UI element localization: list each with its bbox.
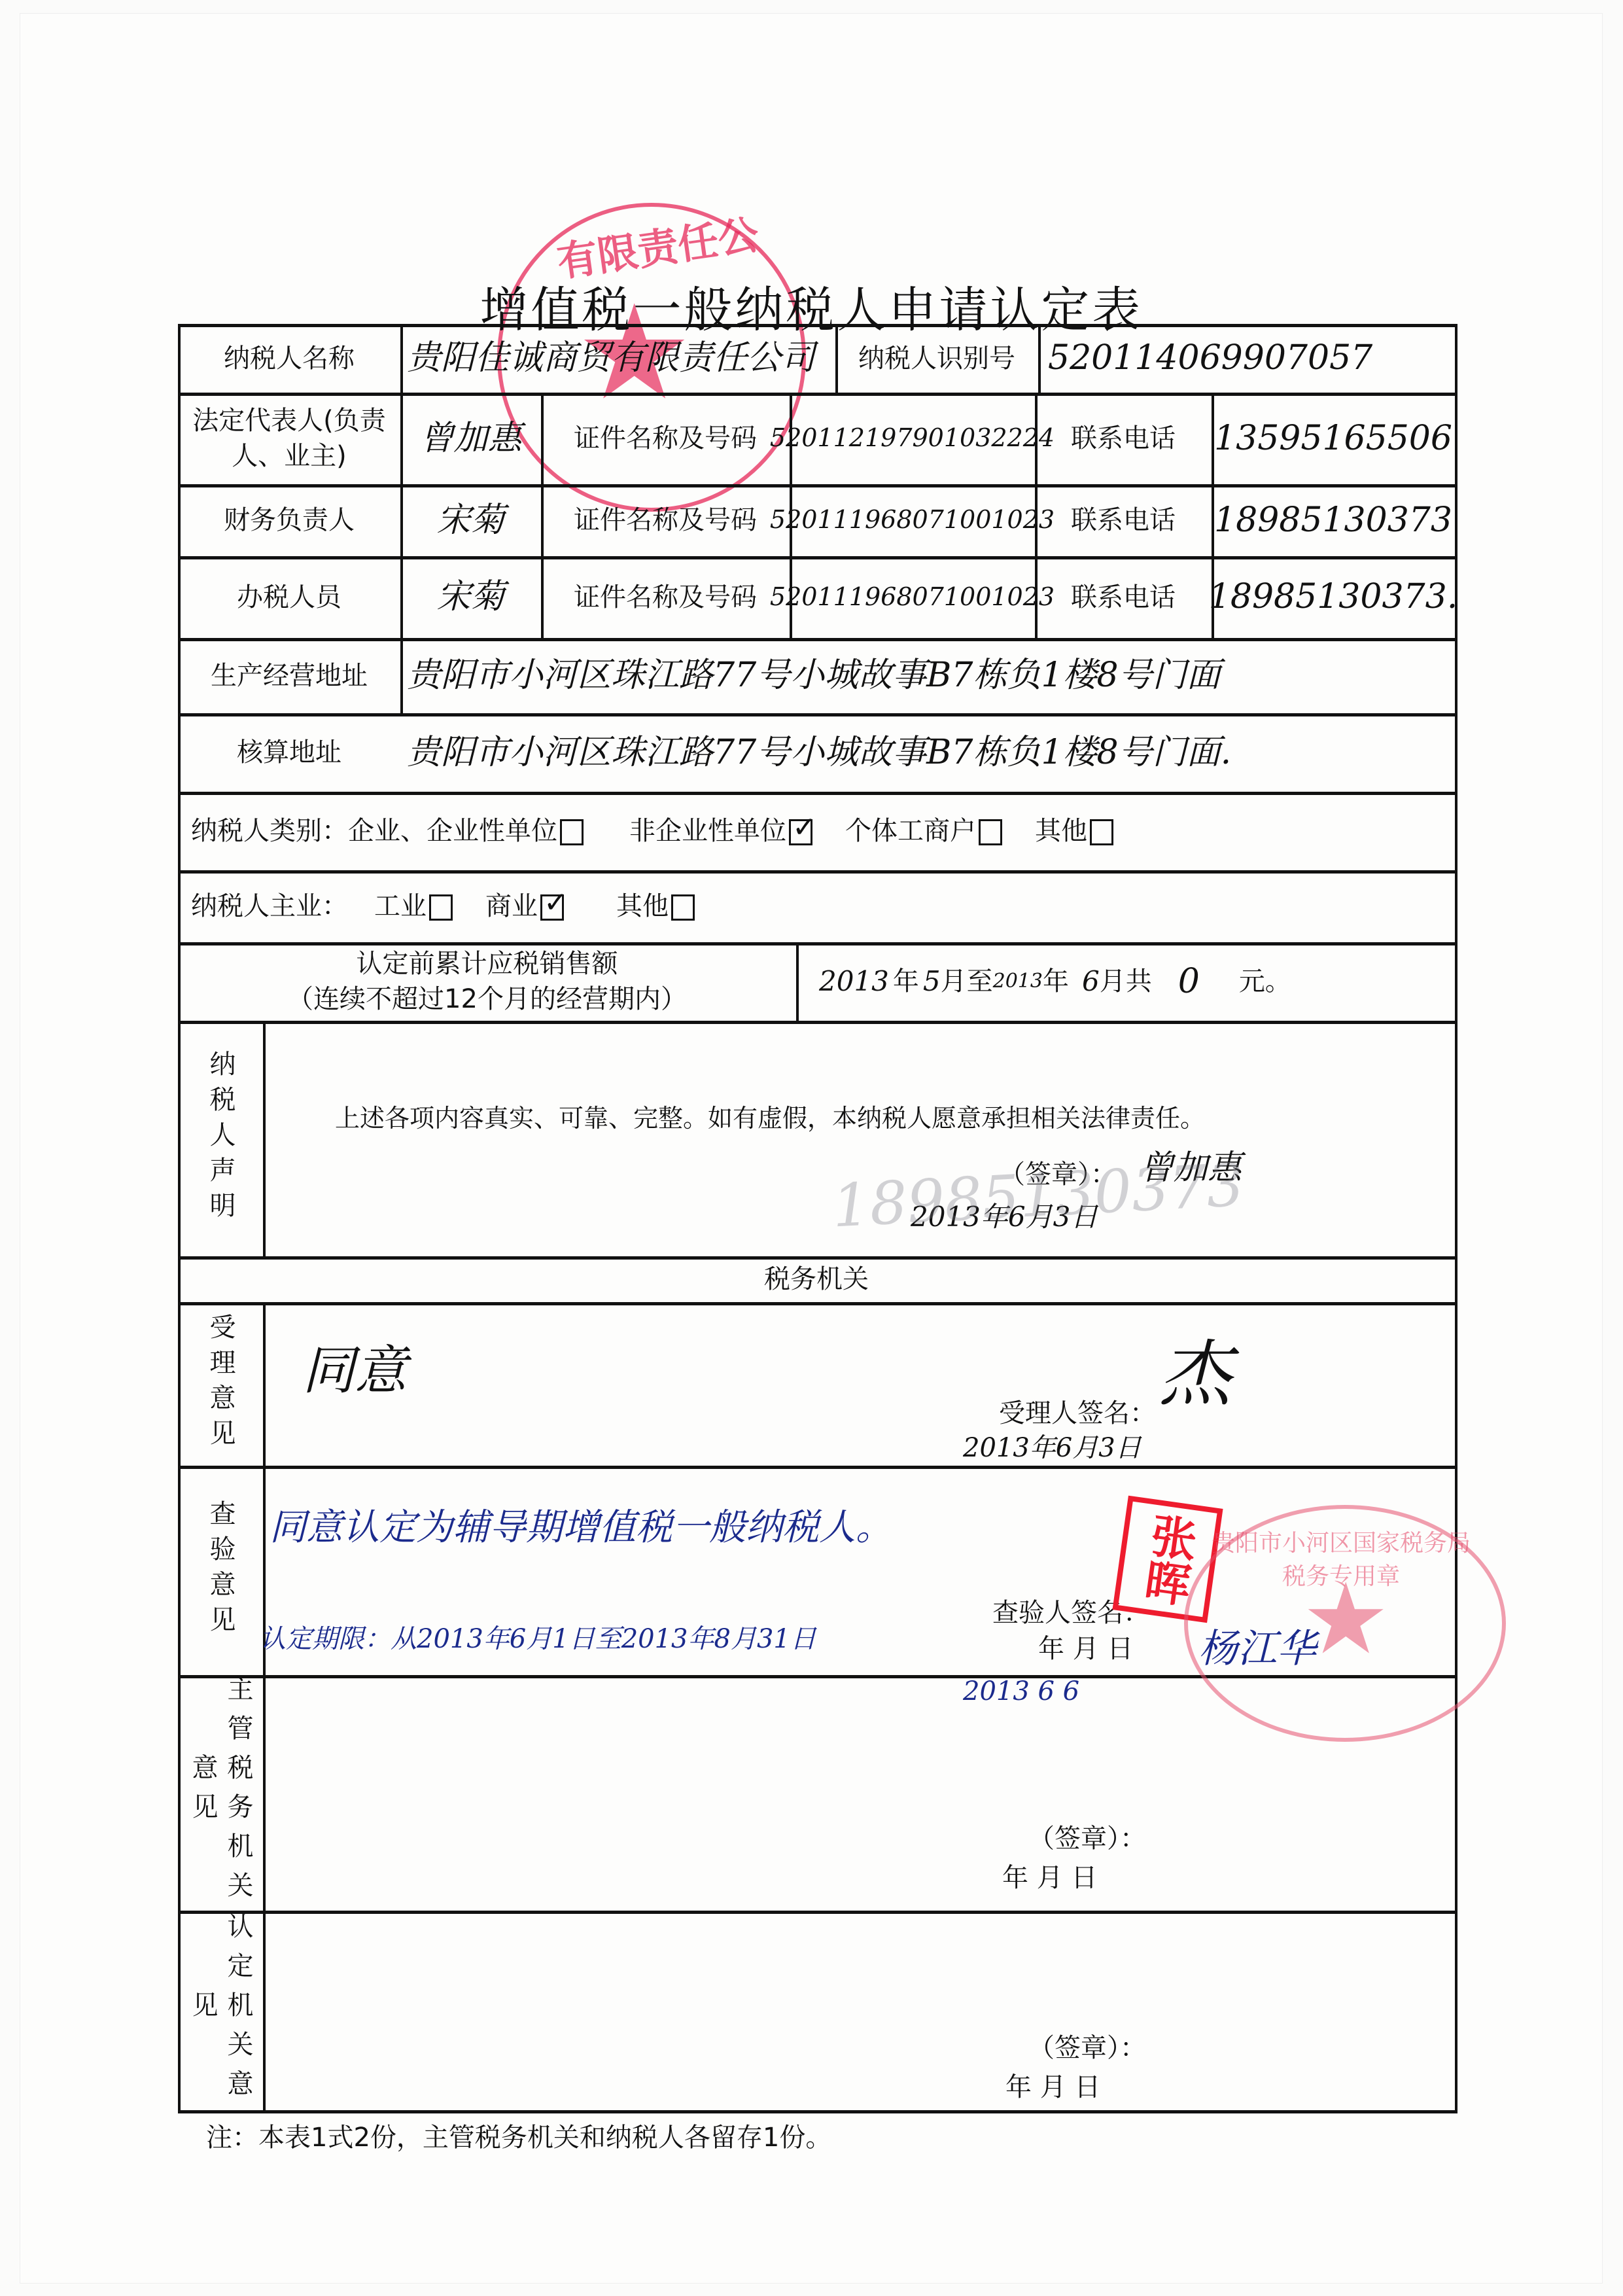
tax-staff-cert-label: 证件名称及号码 — [541, 556, 790, 638]
confirming-date-label: 年 月 日 — [1005, 2071, 1169, 2104]
business-option-other[interactable]: 其他 — [616, 889, 707, 924]
acceptance-sign-label: 受理人签名： — [999, 1397, 1169, 1430]
tax-staff-phone-field[interactable]: 18985130373. — [1212, 556, 1455, 638]
legal-rep-name-field[interactable]: 曾加惠 — [400, 393, 541, 484]
checkbox-icon[interactable] — [671, 894, 695, 921]
acceptance-label: 受理意见 — [178, 1302, 263, 1466]
taxpayer-id-label: 纳税人识别号 — [835, 324, 1038, 393]
main-business-label: 纳税人主业： — [191, 889, 348, 924]
accounting-address-field[interactable]: 贵阳市小河区珠江路77号小城故事B7栋负1楼8号门面. — [407, 713, 1454, 792]
inspection-opinion[interactable]: 同意认定为辅导期增值税一般纳税人。 — [270, 1495, 1120, 1561]
competent-authority-label: 主管税务机关意见 — [178, 1675, 263, 1911]
main-business-row: 纳税人主业： 工业 商业 其他 — [191, 870, 1447, 942]
finance-head-name-field[interactable]: 宋菊 — [400, 484, 541, 556]
confirming-sign-label: （签章）： — [1028, 2032, 1172, 2064]
legal-rep-phone-label: 联系电话 — [1035, 393, 1212, 484]
sales-label: 认定前累计应税销售额 （连续不超过12个月的经营期内） — [178, 942, 796, 1021]
business-option-industry[interactable]: 工业 — [374, 889, 485, 924]
acceptance-signature[interactable]: 杰 — [1159, 1332, 1290, 1417]
tax-authority-header: 税务机关 — [178, 1256, 1455, 1302]
sales-to-month[interactable]: 6 — [1082, 963, 1100, 1000]
business-option-commerce[interactable]: 商业 — [485, 889, 616, 924]
acceptance-opinion[interactable]: 同意 — [302, 1332, 564, 1410]
finance-head-label: 财务负责人 — [178, 484, 400, 556]
taxpayer-category-row: 纳税人类别： 企业、企业性单位 非企业性单位 个体工商户 其他 — [191, 792, 1447, 870]
competent-sign-label: （签章）： — [1028, 1822, 1172, 1855]
declaration-pencil-note: 18985130373 — [831, 1151, 1246, 1241]
finance-head-phone-field[interactable]: 18985130373 — [1212, 484, 1455, 556]
sales-from-year[interactable]: 2013 — [819, 963, 889, 1000]
production-address-label: 生产经营地址 — [178, 638, 400, 713]
checkbox-icon[interactable] — [560, 819, 584, 845]
checkbox-icon[interactable] — [429, 894, 453, 921]
accounting-address-label: 核算地址 — [178, 713, 400, 792]
inspection-date-label: 年 月 日 — [1038, 1633, 1202, 1665]
taxpayer-name-field[interactable]: 贵阳佳诚商贸有限责任公司 — [407, 324, 832, 393]
checkbox-icon[interactable] — [1090, 819, 1113, 845]
legal-rep-cert-field[interactable]: 520112197901032224 — [790, 393, 1035, 484]
inspection-period[interactable]: 认定期限：从2013年6月1日至2013年8月31日 — [260, 1613, 979, 1665]
checkbox-checked-icon[interactable] — [540, 894, 564, 921]
checkbox-icon[interactable] — [979, 819, 1002, 845]
category-option-individual[interactable]: 个体工商户 — [845, 813, 1035, 849]
sales-label-line2: （连续不超过12个月的经营期内） — [287, 981, 687, 1017]
tax-staff-label: 办税人员 — [178, 556, 400, 638]
inspection-label: 查验意见 — [178, 1466, 263, 1675]
sales-total-amount[interactable]: 0 — [1178, 959, 1200, 1004]
sales-from-month[interactable]: 5 — [923, 963, 941, 1000]
tax-bureau-seal-text: 贵阳市小河区国家税务局 税务专用章 — [1204, 1525, 1478, 1591]
finance-head-phone-label: 联系电话 — [1035, 484, 1212, 556]
acceptance-date[interactable]: 2013年6月3日 — [963, 1430, 1225, 1466]
sales-label-line1: 认定前累计应税销售额 — [357, 946, 618, 981]
inspection-date[interactable]: 2013 6 6 — [963, 1672, 1159, 1711]
category-option-non-enterprise[interactable]: 非企业性单位 — [629, 813, 845, 849]
declaration-label: 纳税人声明 — [178, 1021, 263, 1256]
taxpayer-category-label: 纳税人类别： — [191, 813, 348, 849]
taxpayer-id-field[interactable]: 520114069907057 — [1048, 324, 1454, 393]
form-footnote: 注：本表1式2份，主管税务机关和纳税人各留存1份。 — [206, 2117, 831, 2154]
legal-rep-phone-field[interactable]: 13595165506 — [1212, 393, 1455, 484]
category-option-enterprise[interactable]: 企业、企业性单位 — [348, 813, 629, 849]
confirming-authority-label: 认定机关意见 — [178, 1911, 263, 2110]
finance-head-cert-field[interactable]: 520111968071001023 — [790, 484, 1035, 556]
taxpayer-name-label: 纳税人名称 — [178, 324, 400, 393]
production-address-field[interactable]: 贵阳市小河区珠江路77号小城故事B7栋负1楼8号门面 — [407, 638, 1454, 713]
category-option-other[interactable]: 其他 — [1035, 813, 1125, 849]
tax-staff-cert-field[interactable]: 520111968071001023 — [790, 556, 1035, 638]
form-table: 纳税人名称 贵阳佳诚商贸有限责任公司 纳税人识别号 52011406990705… — [178, 324, 1457, 2113]
legal-rep-label: 法定代表人(负责人、业主) — [191, 393, 387, 484]
checkbox-checked-icon[interactable] — [789, 819, 812, 845]
sales-period: 2013 年 5 月至 2013 年 6 月共 0 元。 — [819, 942, 1447, 1021]
finance-head-cert-label: 证件名称及号码 — [541, 484, 790, 556]
declaration-text: 上述各项内容真实、可靠、完整。如有虚假，本纳税人愿意承担相关法律责任。 — [335, 1096, 1447, 1142]
competent-date-label: 年 月 日 — [1002, 1862, 1166, 1894]
tax-staff-phone-label: 联系电话 — [1035, 556, 1212, 638]
sales-to-year[interactable]: 2013 — [993, 968, 1043, 995]
tax-staff-name-field[interactable]: 宋菊 — [400, 556, 541, 638]
legal-rep-cert-label: 证件名称及号码 — [541, 393, 790, 484]
